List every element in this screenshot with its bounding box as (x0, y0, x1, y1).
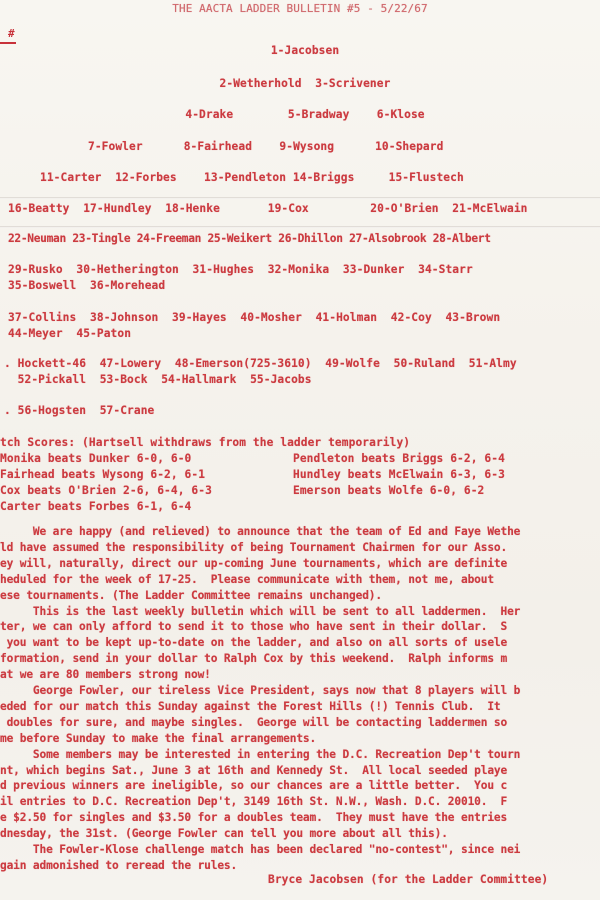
body-line: me before Sunday to make the final arran… (0, 732, 316, 745)
body-line: ld have assumed the responsibility of be… (0, 541, 507, 554)
ladder-row: 37-Collins 38-Johnson 39-Hayes 40-Mosher… (8, 311, 500, 324)
scores-heading: tch Scores: (Hartsell withdraws from the… (0, 436, 410, 449)
ladder-row: 16-Beatty 17-Hundley 18-Henke 19-Cox 20-… (8, 202, 528, 215)
bulletin-title: THE AACTA LADDER BULLETIN #5 - 5/22/67 (0, 2, 600, 15)
body-line: nt, which begins Sat., June 3 at 16th an… (0, 764, 507, 777)
score-left: Carter beats Forbes 6-1, 6-4 (0, 500, 191, 513)
body-line: heduled for the week of 17-25. Please co… (0, 573, 494, 586)
ladder-row: 2-Wetherhold 3-Scrivener (0, 77, 600, 90)
signature: Bryce Jacobsen (for the Ladder Committee… (268, 873, 548, 886)
body-line: you want to be kept up-to-date on the la… (0, 636, 507, 649)
body-line: e $2.50 for singles and $3.50 for a doub… (0, 811, 507, 824)
body-line: il entries to D.C. Recreation Dep't, 314… (0, 795, 507, 808)
body-line: ese tournaments. (The Ladder Committee r… (0, 589, 382, 602)
ladder-row: 44-Meyer 45-Paton (8, 327, 131, 340)
score-right: Emerson beats Wolfe 6-0, 6-2 (293, 484, 484, 497)
score-left: Fairhead beats Wysong 6-2, 6-1 (0, 468, 205, 481)
body-line: We are happy (and relieved) to announce … (0, 525, 520, 538)
body-line: formation, send in your dollar to Ralph … (0, 652, 507, 665)
body-line: ter, we can only afford to send it to th… (0, 620, 507, 633)
fold-line (0, 226, 600, 228)
ladder-row: 52-Pickall 53-Bock 54-Hallmark 55-Jacobs (4, 373, 312, 386)
score-left: Monika beats Dunker 6-0, 6-0 (0, 452, 191, 465)
score-right: Hundley beats McElwain 6-3, 6-3 (293, 468, 505, 481)
fold-line (0, 197, 600, 199)
body-line: gain admonished to reread the rules. (0, 859, 237, 872)
score-right: Pendleton beats Briggs 6-2, 6-4 (293, 452, 505, 465)
body-line: d previous winners are ineligible, so ou… (0, 779, 507, 792)
ladder-row: 7-Fowler 8-Fairhead 9-Wysong 10-Shepard (88, 140, 443, 153)
body-line: ey will, naturally, direct our up-coming… (0, 557, 507, 570)
ladder-row: 29-Rusko 30-Hetherington 31-Hughes 32-Mo… (8, 263, 473, 276)
body-line: The Fowler-Klose challenge match has bee… (0, 843, 520, 856)
ladder-row: 4-Drake 5-Bradway 6-Klose (0, 108, 600, 121)
body-line: dnesday, the 31st. (George Fowler can te… (0, 827, 448, 840)
body-line: doubles for sure, and maybe singles. Geo… (0, 716, 507, 729)
body-line: This is the last weekly bulletin which w… (0, 605, 520, 618)
ladder-row: 35-Boswell 36-Morehead (8, 279, 165, 292)
score-left: Cox beats O'Brien 2-6, 6-4, 6-3 (0, 484, 212, 497)
body-line: eded for our match this Sunday against t… (0, 700, 501, 713)
ladder-row: . 56-Hogsten 57-Crane (4, 404, 154, 417)
ladder-row: . Hockett-46 47-Lowery 48-Emerson(725-36… (4, 357, 517, 370)
body-line: at we are 80 members strong now! (0, 668, 211, 681)
body-line: George Fowler, our tireless Vice Preside… (0, 684, 520, 697)
ladder-row: 1-Jacobsen (0, 44, 600, 57)
body-line: Some members may be interested in enteri… (0, 748, 520, 761)
ladder-row: 22-Neuman 23-Tingle 24-Freeman 25-Weiker… (8, 232, 491, 245)
ladder-row: 11-Carter 12-Forbes 13-Pendleton 14-Brig… (40, 171, 464, 184)
